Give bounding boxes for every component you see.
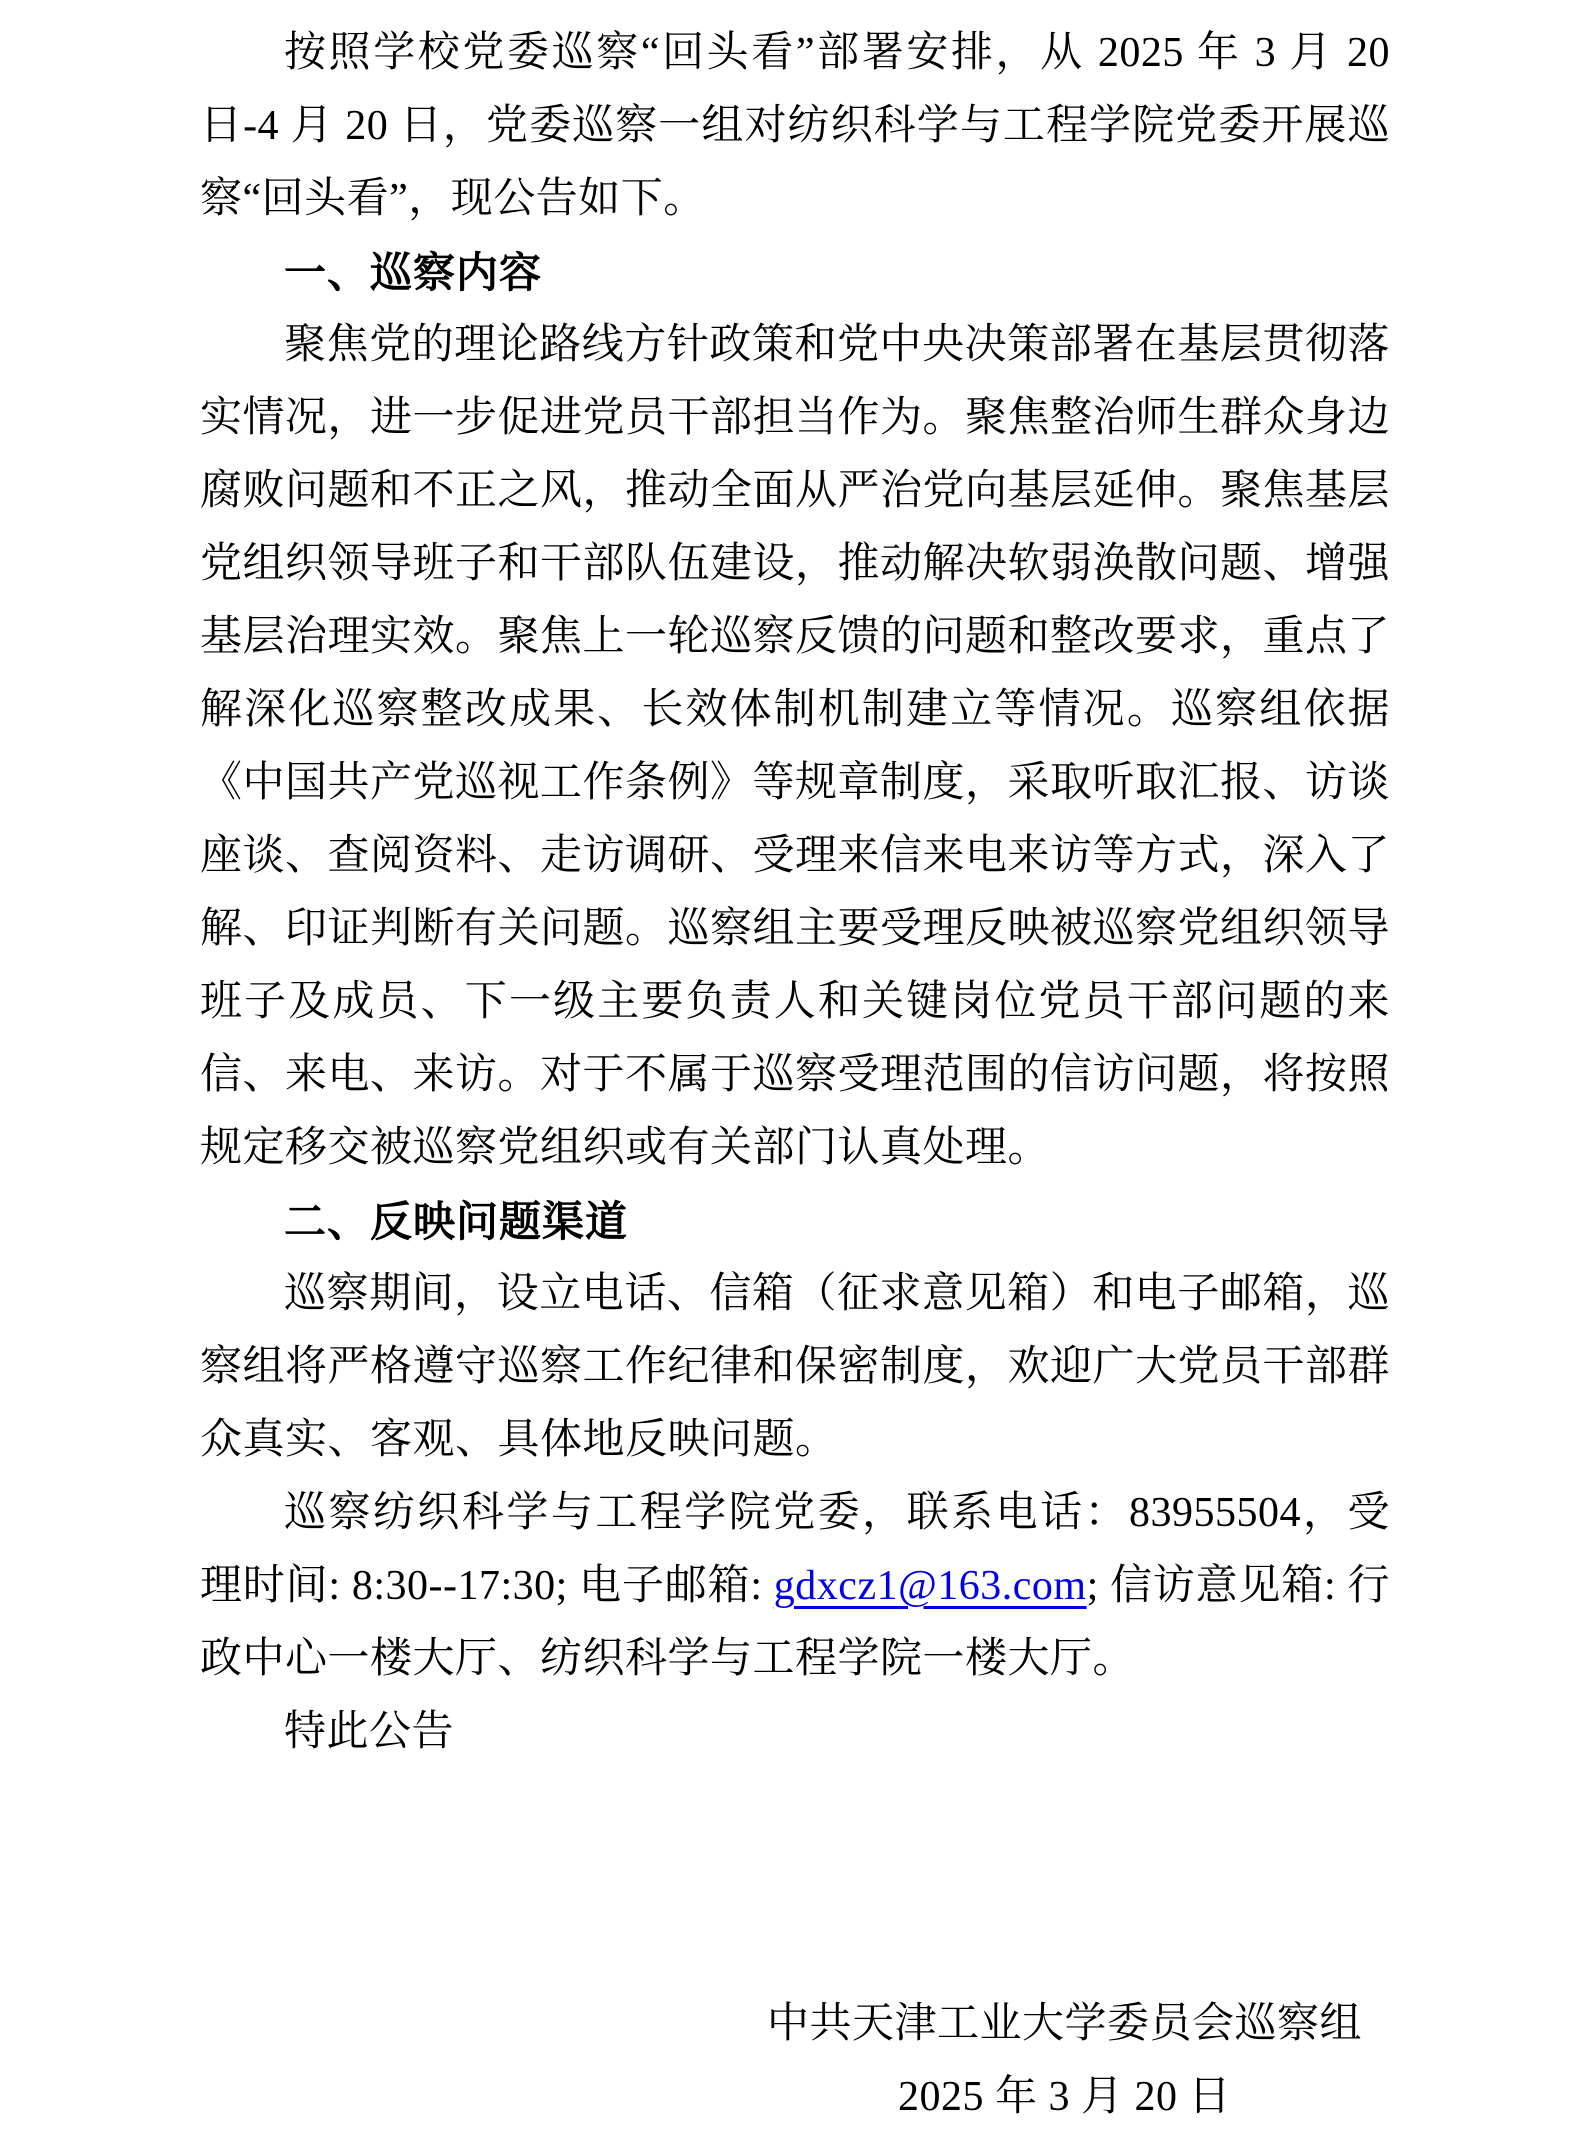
paragraph-problem-channels: 巡察期间，设立电话、信箱（征求意见箱）和电子邮箱，巡察组将严格遵守巡察工作纪律和… bbox=[200, 1258, 1390, 1477]
signature-date: 2025 年 3 月 20 日 bbox=[767, 2061, 1362, 2134]
section-heading-problem-channels: 二、反映问题渠道 bbox=[200, 1185, 1390, 1258]
section-heading-inspection-content: 一、巡察内容 bbox=[200, 236, 1390, 309]
paragraph-contact-info: 巡察纺织科学与工程学院党委，联系电话：83955504，受理时间: 8:30--… bbox=[200, 1477, 1390, 1696]
signature-org: 中共天津工业大学委员会巡察组 bbox=[767, 1988, 1362, 2061]
paragraph-closing: 特此公告 bbox=[200, 1696, 1390, 1769]
paragraph-intro: 按照学校党委巡察“回头看”部署安排，从 2025 年 3 月 20 日-4 月 … bbox=[200, 17, 1390, 236]
announcement-document: 按照学校党委巡察“回头看”部署安排，从 2025 年 3 月 20 日-4 月 … bbox=[0, 0, 1587, 2145]
signature-block: 中共天津工业大学委员会巡察组 2025 年 3 月 20 日 bbox=[200, 1988, 1390, 2134]
paragraph-inspection-content: 聚焦党的理论路线方针政策和党中央决策部署在基层贯彻落实情况，进一步促进党员干部担… bbox=[200, 309, 1390, 1185]
email-link[interactable]: gdxcz1@163.com bbox=[774, 1563, 1087, 1609]
